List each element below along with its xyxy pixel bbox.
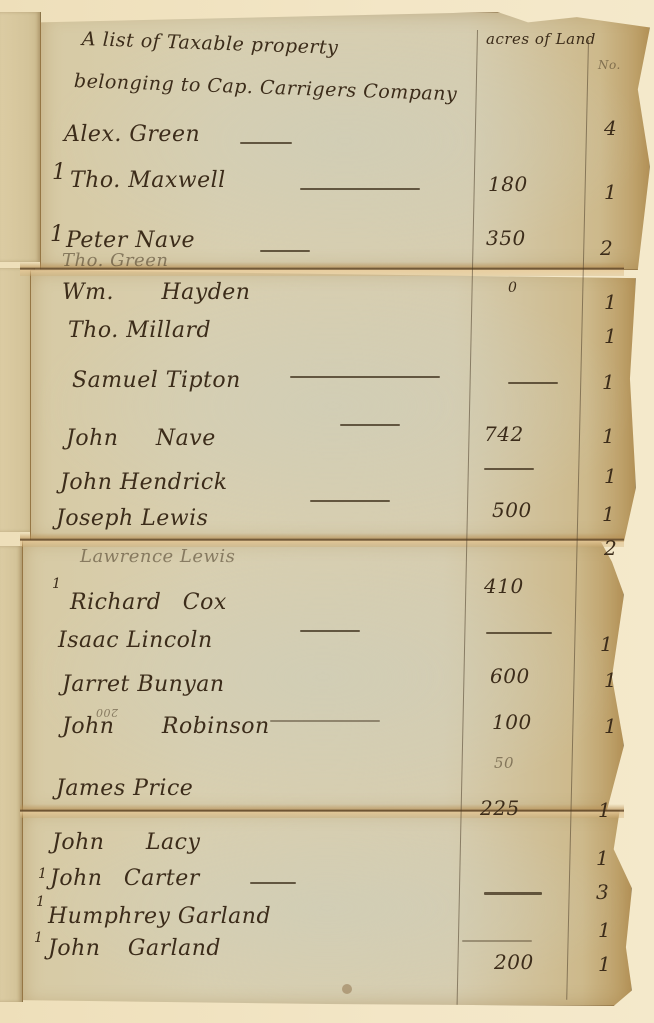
entry-dash <box>260 250 310 252</box>
entry-name: Tho. Maxwell <box>70 168 226 193</box>
entry-acres: 50 <box>494 754 514 772</box>
entry-dash <box>290 376 440 378</box>
entry-dash <box>310 500 390 502</box>
entry-dash <box>250 882 296 884</box>
left-fragment-top <box>0 12 41 262</box>
entry-acres-dash: — <box>484 468 534 470</box>
entry-count: 1 <box>600 632 613 656</box>
entry-acres: 742 <box>484 422 524 446</box>
entry-count: 1 <box>602 502 615 526</box>
entry-dash <box>240 142 292 144</box>
entry-mark: 1 <box>52 576 61 592</box>
entry-mark: 1 <box>38 866 47 882</box>
entry-count: 1 <box>598 918 611 942</box>
fold-line-3 <box>20 804 624 818</box>
entry-count: 1 <box>604 668 617 692</box>
entry-count: 2 <box>604 536 617 560</box>
entry-count: 4 <box>604 116 617 140</box>
entry-mark: 1 <box>50 222 65 247</box>
entry-name: Isaac Lincoln <box>58 628 213 653</box>
entry-name: John Nave <box>66 426 216 451</box>
entry-name: Joseph Lewis <box>56 506 208 531</box>
entry-count: 1 <box>604 290 617 314</box>
entry-dash <box>270 720 380 722</box>
entry-name: John Garland <box>48 936 221 961</box>
entry-acres: 500 <box>492 498 532 522</box>
entry-name: Lawrence Lewis <box>80 546 235 567</box>
entry-dash <box>300 630 360 632</box>
entry-name: Tho. Millard <box>68 318 211 343</box>
entry-acres: 600 <box>490 664 530 688</box>
entry-acres-dash: — <box>508 382 558 384</box>
entry-superscript: 200 <box>96 706 119 719</box>
entry-acres: 180 <box>488 172 528 196</box>
entry-acres-dash <box>462 940 532 942</box>
left-fragment-middle <box>0 268 35 532</box>
entry-count: 1 <box>604 180 617 204</box>
entry-mark: 1 <box>36 894 45 910</box>
entry-name: Tho. Green <box>62 250 168 271</box>
entry-name: James Price <box>56 776 193 801</box>
column-header-count: No. <box>598 58 621 72</box>
entry-count: 2 <box>600 236 613 260</box>
entry-count: 1 <box>602 424 615 448</box>
entry-name: John Hendrick <box>60 470 228 495</box>
entry-name: Jarret Bunyan <box>62 672 225 697</box>
entry-count: 1 <box>598 798 611 822</box>
entry-acres-dash: — <box>484 892 542 895</box>
entry-acres-dash: — <box>486 632 552 634</box>
entry-dash <box>300 188 420 190</box>
entry-count: 1 <box>604 464 617 488</box>
entry-count: 1 <box>598 952 611 976</box>
entry-name: John Robinson <box>62 714 270 739</box>
entry-name: John Lacy <box>52 830 200 855</box>
entry-mark: 1 <box>52 160 67 185</box>
entry-acres: 225 <box>480 796 520 820</box>
entry-name: Wm. Hayden <box>62 280 250 305</box>
entry-mark: 1 <box>34 930 43 946</box>
entry-count: 1 <box>604 324 617 348</box>
entry-count: 1 <box>604 714 617 738</box>
entry-acres: 0 <box>508 280 517 296</box>
entry-name: Richard Cox <box>70 590 227 615</box>
entry-count: 1 <box>596 846 609 870</box>
entry-name: Alex. Green <box>64 122 200 147</box>
entry-count: 3 <box>596 880 609 904</box>
entry-count: 1 <box>602 370 615 394</box>
entry-acres: 200 <box>494 950 534 974</box>
entry-name: John Carter <box>50 866 200 891</box>
fold-line-2 <box>20 533 624 547</box>
entry-name: Humphrey Garland <box>48 904 271 929</box>
ink-stain <box>342 984 352 994</box>
left-fragment-bottom <box>0 546 23 1002</box>
entry-acres: 350 <box>486 226 526 250</box>
column-header-land: acres of Land <box>486 30 596 48</box>
entry-acres: 410 <box>484 574 524 598</box>
entry-name: Samuel Tipton <box>72 368 241 393</box>
entry-acres: 100 <box>492 710 532 734</box>
entry-dash <box>340 424 400 426</box>
